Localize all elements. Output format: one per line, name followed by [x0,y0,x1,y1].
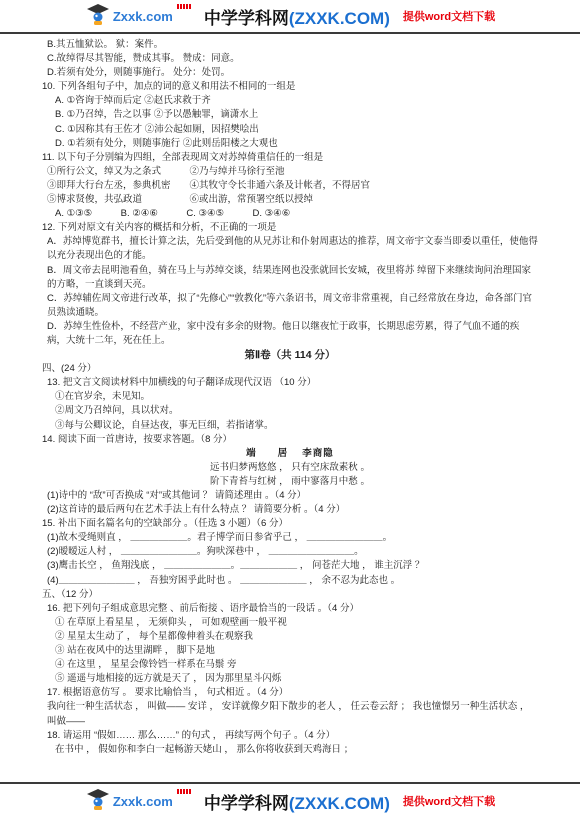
text-line: 阶下青苔与红树 ， 雨中寥落月中愁 。 [42,475,538,489]
text-line: D. ①若须有处分，则随事施行 ②此则岳阳楼之大观也 [42,137,538,151]
text-line: 11. 以下句子分别编为四组，全部表现周文对苏绰倚重信任的一组是 [42,151,538,165]
text-line: B．周文帝去昆明池看鱼，骑在马上与苏绰交谈，结果连网也没张就回长安城，夜里将苏 … [42,264,538,292]
text-line: A．苏绰博览群书，擅长计算之法，先后受到他的从兄苏让和仆射周惠达的推荐，周文帝宇… [42,235,538,263]
text-line: ②周文乃召绰问，具以状对。 [42,404,538,418]
footer-site-name: 中学学科网 [204,794,289,813]
text-line: 我向往一种生活状态 ， 叫做—— 安详 ， 安详就像夕阳下散步的老人 ， 任云卷… [42,700,538,728]
download-tagline[interactable]: 提供word文档下载 [403,8,495,24]
footer-download-tagline[interactable]: 提供word文档下载 [403,793,495,809]
text-line: ③每与公卿议论，自昼达夜，事无巨细，若指诸掌。 [42,419,538,433]
text-line: A. ①③⑤ B. ②④⑥ C. ③④⑤ D. ③④⑥ [42,207,538,221]
graduation-cap-icon [85,787,111,816]
page: Zxxk.com 中学学科网(ZXXK.COM) 提供word文档下载 B.其五… [0,0,580,820]
graduation-cap-icon [85,2,111,31]
text-line: ② 星星太生动了 ， 每个星都像伸着头在观察我 [42,630,538,644]
text-line: 12. 下列对原文有关内容的概括和分析，不正确的一项是 [42,221,538,235]
text-line: ⑤博求贤俊，共弘政道 ⑥或出游，常预署空纸以授绰 [42,193,538,207]
text-line: (1)故木受绳则直 ， ＿＿＿＿＿＿。君子博学而日参省乎己 ， ＿＿＿＿＿＿＿＿… [42,531,538,545]
footer-site-domain: (ZXXK.COM) [289,794,390,813]
footer-site-logo[interactable]: Zxxk.com [85,787,191,816]
text-line: ⑤ 遥遥与地相接的远方就是天了 ， 因为那里星斗闪烁 [42,672,538,686]
document-body: B.其五恤狱讼。 狱：案件。C.故绰得尽其智能，赞成其事。 赞成：同意。D.若须… [0,34,580,757]
text-line: A. ①咨询于绰而后定 ②赵氏求救于齐 [42,94,538,108]
text-line: C．苏绰辅佐周文帝进行改革，拟了“先修心”“敦教化”等六条诏书，周文帝非常重视，… [42,292,538,320]
text-line: 17. 根据语意仿写 。 要求比喻恰当 ， 句式相近 。（4 分） [42,686,538,700]
text-line: 10. 下列各组句子中，加点的词的意义和用法不相同的一组是 [42,80,538,94]
text-line: ③即拜大行台左丞，参典机密 ④其牧守令长非通六条及计帐者，不得居官 [42,179,538,193]
site-domain: (ZXXK.COM) [289,9,390,28]
text-line: ①在官岁余，未见知。 [42,390,538,404]
logo-wordmark: Zxxk.com [113,9,173,24]
site-name: 中学学科网 [204,9,289,28]
site-title: 中学学科网(ZXXK.COM) [204,4,390,29]
text-line: (2)暧暧远人村 ， ＿＿＿＿＿＿＿＿。狗吠深巷中 ， ＿＿＿＿＿＿＿＿＿。 [42,545,538,559]
text-line: ④ 在这里 ， 星星会像铃铛一样系在马鬃 旁 [42,658,538,672]
text-line: D．苏绰生性俭朴，不经营产业，家中没有多余的财物。他日以继夜忙于政事，长期思虑劳… [42,320,538,348]
footer-logo-red-mark [177,789,191,794]
text-line: (4)＿＿＿＿＿＿＿＿ ， 吾独穷困乎此时也 。 ＿＿＿＿＿＿＿ ， 余不忍为此… [42,574,538,588]
text-line: 在书中 ， 假如你和李白一起畅游天姥山 ， 那么你将收获到天鸡海日 ； [42,743,538,757]
text-line: 远书归梦两悠悠 ， 只有空床敌素秋 。 [42,461,538,475]
text-line: 18. 请运用 “假如…… 那么……” 的句式 ， 再续写两个句子 。（4 分） [42,729,538,743]
text-line: 第Ⅱ卷（共 114 分） [42,348,538,362]
text-line: ①所行公文，绰又为之条式 ②乃与绰并马徐行至池 [42,165,538,179]
text-line: 16. 把下列句子组成意思完整 、前后衔接 、语序最恰当的一段话 。（4 分） [42,602,538,616]
text-line: 五、（12 分） [42,588,538,602]
text-line: C. ①因称其有王佐才 ②沛公起如厕，因招樊哙出 [42,123,538,137]
text-line: ③ 站在夜风中的达里湖畔 ， 脚下是地 [42,644,538,658]
text-line: D.若须有处分，则随事施行。 处分：处罚。 [42,66,538,80]
text-line: (2)这首诗的最后两句在艺术手法上有什么特点 ？ 请简要分析 。（4 分） [42,503,538,517]
text-line: C.故绰得尽其智能，赞成其事。 赞成：同意。 [42,52,538,66]
text-line: 四、(24 分） [42,362,538,376]
text-line: 15. 补出下面名篇名句的空缺部分 。（任选 3 小题）（6 分） [42,517,538,531]
header: Zxxk.com 中学学科网(ZXXK.COM) 提供word文档下载 [0,0,580,34]
footer: Zxxk.com 中学学科网(ZXXK.COM) 提供word文档下载 [0,782,580,818]
text-line: 13. 把文言文阅读材料中加横线的句子翻译成现代汉语 （10 分） [42,376,538,390]
text-line: (3)鹰击长空 ， 鱼翔浅底 ， ＿＿＿＿＿＿＿。＿＿＿＿＿＿ ， 问苍茫大地 … [42,559,538,573]
text-line: 14. 阅读下面一首唐诗，按要求答题。（8 分） [42,433,538,447]
site-logo[interactable]: Zxxk.com [85,2,191,31]
footer-logo-wordmark: Zxxk.com [113,794,173,809]
text-line: B.其五恤狱讼。 狱：案件。 [42,38,538,52]
text-line: ① 在草原上看星星 ， 无须仰头 ， 可如观壁画一般平视 [42,616,538,630]
text-line: (1)诗中的 “敌”可否换成 “对”或其他词 ？ 请简述理由 。（4 分） [42,489,538,503]
text-line: B. ①乃召绰，告之以事 ②予以愚触罪，谪潇水上 [42,108,538,122]
footer-site-title: 中学学科网(ZXXK.COM) [204,789,390,814]
text-line: 端 居 李商隐 [42,447,538,461]
logo-red-mark [177,4,191,9]
